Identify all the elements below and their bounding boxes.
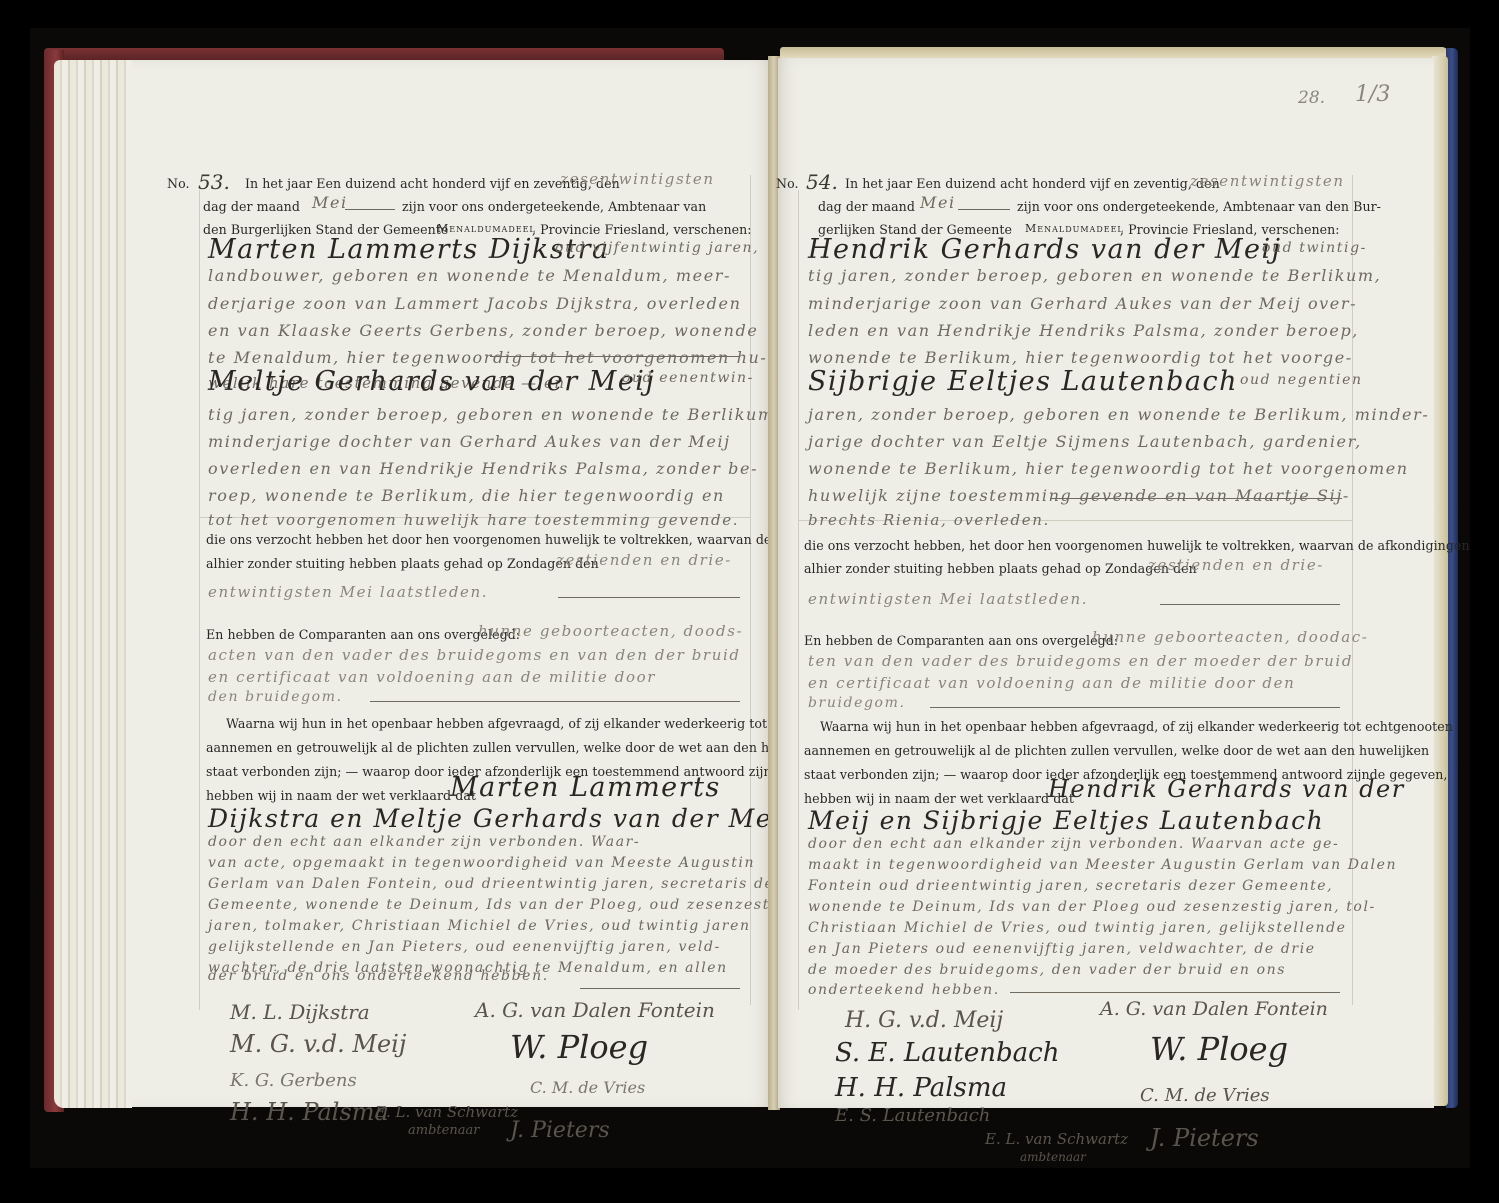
- witness-text-line: maakt in tegenwoordigheid van Meester Au…: [808, 857, 1397, 873]
- witness-text-line: onderteekend hebben.: [808, 982, 1000, 998]
- fill-line: [1010, 992, 1340, 993]
- record-number: 53.: [198, 170, 230, 194]
- bride-detail-line: roep, wonende te Berlikum, die hier tege…: [208, 486, 725, 505]
- handwritten-day: zesentwintigsten: [560, 170, 715, 188]
- documents-label: En hebben de Comparanten aan ons overgel…: [206, 627, 520, 642]
- signature: J. Pieters: [1150, 1124, 1259, 1152]
- bride-detail-line: wonende te Berlikum, hier tegenwoordig t…: [808, 459, 1409, 478]
- left-page-stack: [54, 60, 132, 1108]
- handwritten-month: Mei: [920, 193, 956, 212]
- documents-line: hunne geboorteacten, doodac-: [1092, 628, 1368, 646]
- printed-line-2a: dag der maand: [203, 199, 300, 214]
- record-number-label: No.: [776, 176, 799, 191]
- bride-detail-line: huwelijk zijne toestemming gevende en va…: [808, 486, 1350, 505]
- documents-label: En hebben de Comparanten aan ons overgel…: [804, 633, 1118, 648]
- bride-detail-line: overleden en van Hendrikje Hendriks Pals…: [208, 459, 758, 478]
- publications-text-2: alhier zonder stuiting hebben plaats geh…: [804, 561, 1197, 576]
- bride-detail-line: jaren, zonder beroep, geboren en wonende…: [808, 405, 1429, 424]
- documents-line: ten van den vader des bruidegoms en der …: [808, 652, 1353, 670]
- signature: C. M. de Vries: [1140, 1085, 1270, 1106]
- signature-role: ambtenaar: [408, 1123, 479, 1138]
- publication-dates-1: zestienden en drie-: [1148, 556, 1324, 574]
- right-margin-rule: [798, 190, 799, 1010]
- declared-names-1: Hendrik Gerhards van der: [1048, 775, 1405, 803]
- bride-detail-line: tot het voorgenomen huwelijk hare toeste…: [208, 511, 739, 529]
- bride-detail-line: minderjarige dochter van Gerhard Aukes v…: [208, 432, 731, 451]
- signature: M. L. Dijkstra: [230, 1000, 370, 1024]
- declaration-1: Waarna wij hun in het openbaar hebben af…: [820, 719, 1453, 734]
- signature: E. L. van Schwartz: [985, 1130, 1128, 1148]
- documents-line: hunne geboorteacten, doods-: [478, 622, 743, 640]
- fill-line: [370, 701, 740, 702]
- declared-names-3: door den echt aan elkander zijn verbonde…: [208, 834, 640, 850]
- declared-names-2: Dijkstra en Meltje Gerhards van der Meij: [208, 804, 791, 833]
- bride-detail-line: brechts Rienia, overleden.: [808, 511, 1050, 529]
- signature: A. G. van Dalen Fontein: [475, 998, 715, 1022]
- handwritten-month: Mei: [312, 193, 348, 212]
- signature: M. G. v.d. Meij: [230, 1030, 406, 1058]
- groom-name: Hendrik Gerhards van der Meij: [808, 234, 1281, 265]
- groom-detail-line: te Menaldum, hier tegenwoordig tot het v…: [208, 348, 767, 367]
- documents-line: acten van den vader des bruidegoms en va…: [208, 646, 741, 664]
- witness-text-line: gelijkstellende en Jan Pieters, oud eene…: [208, 939, 721, 955]
- documents-line: den bruidegom.: [208, 689, 343, 705]
- signature: S. E. Lautenbach: [835, 1038, 1059, 1068]
- groom-age: oud vijfentwintig jaren,: [555, 240, 759, 256]
- bride-detail-line: tig jaren, zonder beroep, geboren en won…: [208, 405, 781, 424]
- record-number: 54.: [806, 170, 838, 194]
- declared-names-1: Marten Lammerts: [450, 772, 721, 803]
- declaration-1: Waarna wij hun in het openbaar hebben af…: [226, 716, 859, 731]
- bride-name: Sijbrigje Eeltjes Lautenbach: [808, 366, 1238, 397]
- folio-number: 28.: [1298, 88, 1325, 108]
- folio-mark: 1/3: [1355, 82, 1390, 107]
- fill-line: [580, 988, 740, 989]
- witness-text-line: van acte, opgemaakt in tegenwoordigheid …: [208, 855, 755, 871]
- groom-detail-line: leden en van Hendrikje Hendriks Palsma, …: [808, 321, 1359, 340]
- declaration-4: hebben wij in naam der wet verklaard dat: [206, 788, 476, 803]
- declaration-2: aannemen en getrouwelijk al de plichten …: [206, 740, 831, 755]
- handwritten-day: zesentwintigsten: [1190, 172, 1345, 190]
- record-number-label: No.: [167, 176, 190, 191]
- declaration-4: hebben wij in naam der wet verklaard dat: [804, 791, 1074, 806]
- witness-text-line: jaren, tolmaker, Christiaan Michiel de V…: [208, 918, 751, 934]
- declaration-2: aannemen en getrouwelijk al de plichten …: [804, 743, 1429, 758]
- groom-detail-line: tig jaren, zonder beroep, geboren en won…: [808, 266, 1381, 285]
- signature: E. S. Lautenbach: [835, 1105, 990, 1126]
- printed-line-2a: dag der maand: [818, 199, 915, 214]
- witness-text-line: Gerlam van Dalen Fontein, oud drieentwin…: [208, 876, 802, 892]
- declared-names-3: door den echt aan elkander zijn verbonde…: [808, 836, 1339, 852]
- right-page-stack: [1432, 56, 1448, 1106]
- groom-detail-line: wonende te Berlikum, hier tegenwoordig t…: [808, 348, 1353, 367]
- witness-text-line: wonende te Deinum, Ids van der Ploeg oud…: [808, 899, 1376, 915]
- documents-line: bruidegom.: [808, 695, 906, 711]
- groom-detail-line: minderjarige zoon van Gerhard Aukes van …: [808, 294, 1357, 313]
- bride-name: Meltje Gerhards van der Meij: [208, 366, 655, 397]
- bride-detail-line: jarige dochter van Eeltje Sijmens Lauten…: [808, 432, 1362, 451]
- signature: H. H. Palsma: [230, 1098, 389, 1126]
- fill-line: [558, 597, 740, 598]
- printed-line-1: In het jaar Een duizend acht honderd vij…: [845, 176, 1220, 191]
- documents-line: en certificaat van voldoening aan de mil…: [808, 674, 1295, 692]
- left-margin-rule: [199, 190, 200, 1010]
- fill-line: [1050, 498, 1342, 499]
- signature: C. M. de Vries: [530, 1078, 645, 1097]
- publication-dates-2: entwintigsten Mei laatstleden.: [208, 583, 488, 601]
- witness-text-line: der bruid en ons onderteekend hebben.: [208, 968, 549, 984]
- groom-detail-line: derjarige zoon van Lammert Jacobs Dijkst…: [208, 294, 742, 313]
- fill-line: [345, 209, 395, 210]
- signature: W. Ploeg: [510, 1028, 648, 1066]
- witness-text-line: en Jan Pieters oud eenenvijftig jaren, v…: [808, 941, 1316, 957]
- signature: J. Pieters: [510, 1118, 610, 1143]
- groom-name: Marten Lammerts Dijkstra: [208, 234, 610, 265]
- publication-dates-2: entwintigsten Mei laatstleden.: [808, 590, 1088, 608]
- groom-age: oud twintig-: [1262, 240, 1367, 256]
- left-cover-top-edge: [44, 48, 724, 60]
- signature: H. H. Palsma: [835, 1073, 1007, 1103]
- groom-detail-line: en van Klaaske Geerts Gerbens, zonder be…: [208, 321, 758, 340]
- publications-text-2: alhier zonder stuiting hebben plaats geh…: [206, 556, 599, 571]
- fill-line: [930, 707, 1340, 708]
- signature: K. G. Gerbens: [230, 1070, 357, 1091]
- groom-detail-line: landbouwer, geboren en wonende te Menald…: [208, 266, 731, 285]
- fill-line: [958, 209, 1010, 210]
- documents-line: en certificaat van voldoening aan de mil…: [208, 668, 656, 686]
- signature-role: ambtenaar: [1020, 1150, 1086, 1164]
- witness-text-line: de moeder des bruidegoms, den vader der …: [808, 962, 1286, 978]
- printed-line-2b: zijn voor ons ondergeteekende, Ambtenaar…: [402, 199, 706, 214]
- declared-names-2: Meij en Sijbrigje Eeltjes Lautenbach: [808, 806, 1324, 835]
- witness-text-line: Gemeente, wonende te Deinum, Ids van der…: [208, 897, 787, 913]
- signature: W. Ploeg: [1150, 1030, 1288, 1068]
- witness-text-line: Fontein oud drieentwintig jaren, secreta…: [808, 878, 1333, 894]
- publication-dates-1: zestienden en drie-: [556, 551, 732, 569]
- witness-text-line: Christiaan Michiel de Vries, oud twintig…: [808, 920, 1347, 936]
- printed-line-2b: zijn voor ons ondergeteekende, Ambtenaar…: [1017, 199, 1381, 214]
- bride-age: oud eenentwin-: [622, 370, 754, 386]
- signature: A. G. van Dalen Fontein: [1100, 998, 1328, 1020]
- fill-line: [490, 356, 740, 357]
- signature: E. L. van Schwartz: [375, 1103, 518, 1121]
- fill-line: [1160, 604, 1340, 605]
- bride-age: oud negentien: [1240, 372, 1363, 388]
- signature: H. G. v.d. Meij: [845, 1008, 1003, 1033]
- publications-text-1: die ons verzocht hebben, het door hen vo…: [804, 538, 1470, 553]
